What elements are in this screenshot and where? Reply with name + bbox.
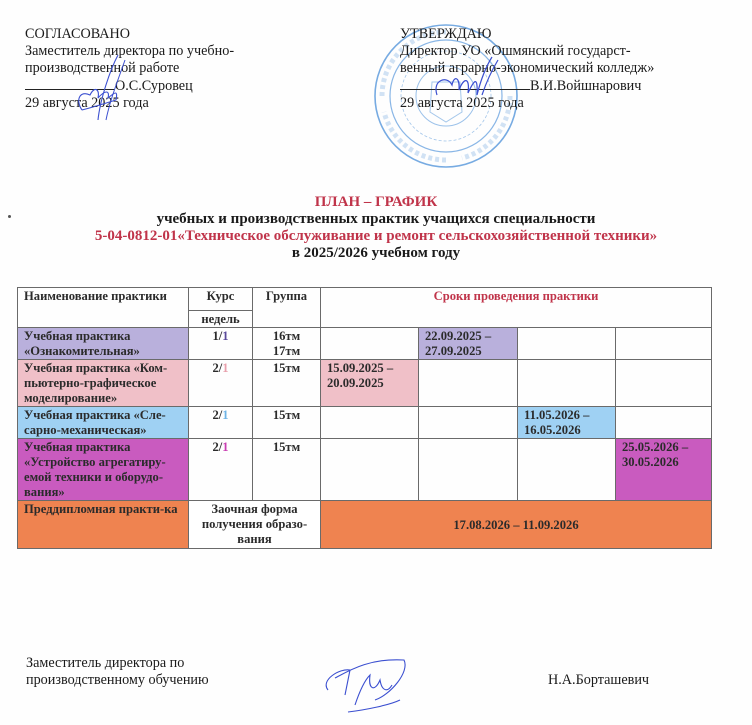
date-cell: 22.09.2025 – 27.09.2025 [419,328,518,360]
approval-right-signatory: В.И.Войшнарович [530,78,641,94]
title-main: ПЛАН – ГРАФИК [0,194,752,211]
weeks-value: 1 [222,361,228,375]
group-cell: 16тм 17тм [253,328,321,360]
title-year: в 2025/2026 учебном году [0,245,752,262]
document-title: ПЛАН – ГРАФИК учебных и производственных… [0,194,752,262]
date-cell [616,328,712,360]
date-cell [616,360,712,407]
weeks-value: 1 [222,408,228,422]
table-row: Учебная практика «Сле-сарно-механическая… [18,407,712,439]
practice-schedule-table: Наименование практики Курс Группа Сроки … [17,287,712,549]
header-group: Группа [253,288,321,328]
course-value: 2/ [212,361,222,375]
signature-right-icon [432,55,502,105]
footer-signatory: Н.А.Борташевич [548,672,649,689]
table-row: Учебная практика «Устройство агрегатиру-… [18,439,712,501]
course-weeks: 2/1 [189,407,253,439]
footer-position-line2: производственному обучению [26,672,209,689]
approval-left-heading: СОГЛАСОВАНО [25,26,234,43]
group-cell: 15тм [253,407,321,439]
practice-name: Учебная практика «Ком-пьютерно-графическ… [18,360,189,407]
table-header-row: Наименование практики Курс Группа Сроки … [18,288,712,311]
course-value: 2/ [212,440,222,454]
date-cell: 25.05.2026 – 30.05.2026 [616,439,712,501]
practice-name: Преддипломная практи-ка [18,501,189,549]
study-form-cell: Заочная форма получения образо-вания [189,501,321,549]
course-weeks: 2/1 [189,360,253,407]
course-weeks: 2/1 [189,439,253,501]
title-specialty: 5-04-0812-01«Техническое обслуживание и … [0,228,752,245]
weeks-value: 1 [222,329,228,343]
practice-name: Учебная практика «Устройство агрегатиру-… [18,439,189,501]
header-dates: Сроки проведения практики [321,288,712,328]
group-cell: 15тм [253,439,321,501]
date-cell [518,328,616,360]
header-weeks: недель [189,311,253,328]
header-course: Курс [189,288,253,311]
date-cell [518,360,616,407]
date-cell [419,360,518,407]
practice-name: Учебная практика «Ознакомительная» [18,328,189,360]
footer-position: Заместитель директора по производственно… [26,655,209,689]
table-row: Преддипломная практи-ка Заочная форма по… [18,501,712,549]
practice-name: Учебная практика «Сле-сарно-механическая… [18,407,189,439]
date-cell [616,407,712,439]
approval-right-heading: УТВЕРЖДАЮ [400,26,654,43]
date-cell [419,439,518,501]
table-row: Учебная практика «Ком-пьютерно-графическ… [18,360,712,407]
date-span-cell: 17.08.2026 – 11.09.2026 [321,501,712,549]
table-row: Учебная практика «Ознакомительная» 1/1 1… [18,328,712,360]
signature-footer-icon [320,650,410,715]
header-name: Наименование практики [18,288,189,328]
date-cell [321,439,419,501]
weeks-value: 1 [222,440,228,454]
date-cell: 15.09.2025 – 20.09.2025 [321,360,419,407]
course-weeks: 1/1 [189,328,253,360]
course-value: 2/ [212,408,222,422]
date-cell [321,407,419,439]
course-value: 1/ [212,329,222,343]
date-cell [518,439,616,501]
date-cell [321,328,419,360]
title-subtitle: учебных и производственных практик учащи… [0,211,752,228]
group-cell: 15тм [253,360,321,407]
date-cell: 11.05.2026 – 16.05.2026 [518,407,616,439]
signature-left-icon [70,50,140,125]
date-cell [419,407,518,439]
footer-position-line1: Заместитель директора по [26,655,209,672]
